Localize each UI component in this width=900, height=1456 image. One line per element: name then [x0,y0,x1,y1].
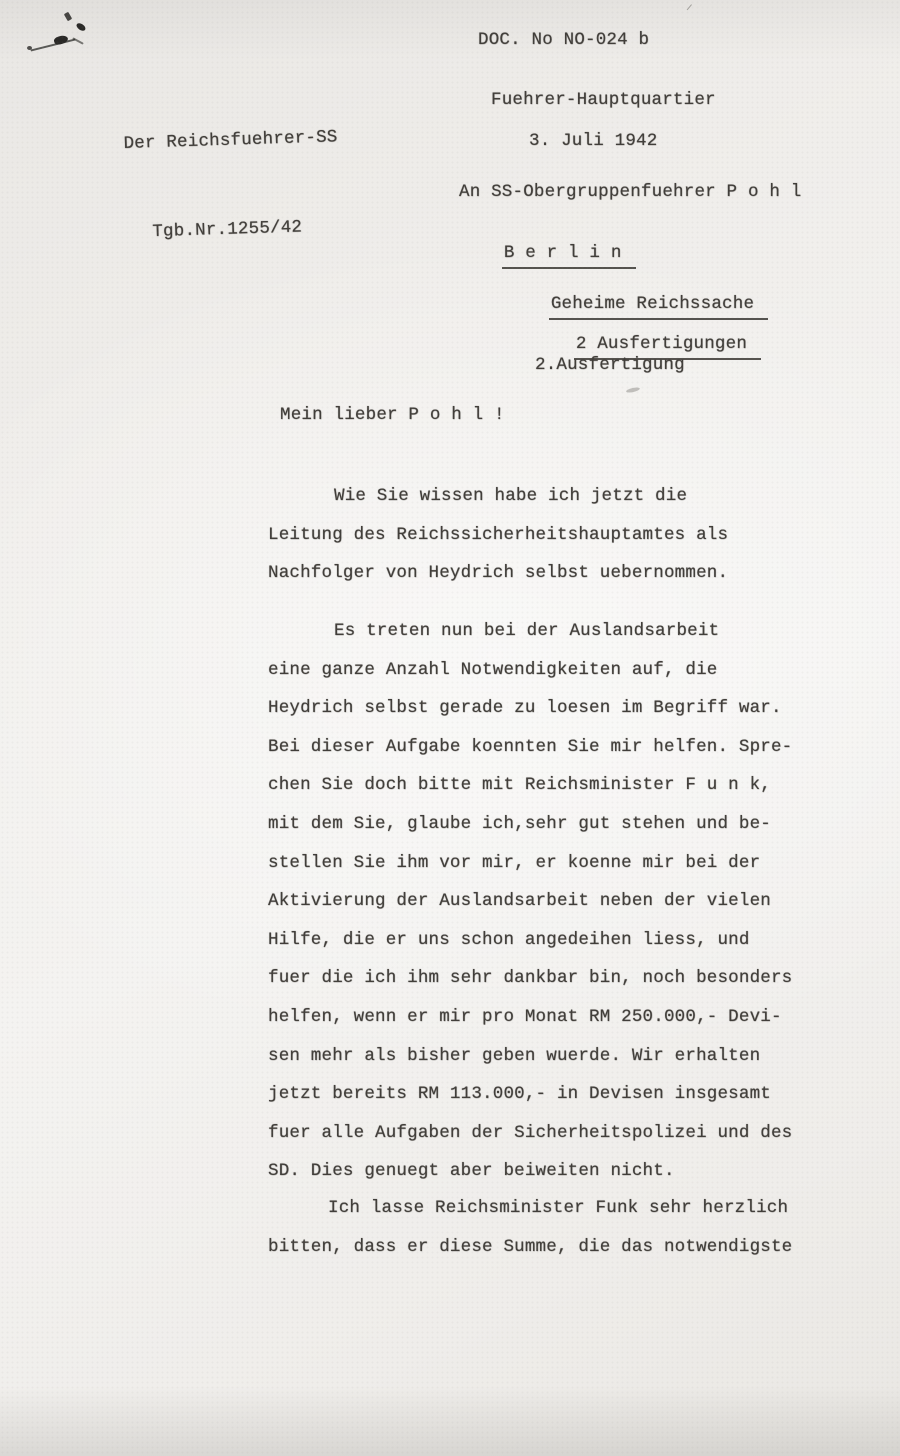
body-line: Bei dieser Aufgabe koennten Sie mir helf… [268,728,808,767]
sender-name: Der Reichsfuehrer-SS [123,127,338,154]
body-line: mit dem Sie, glaube ich,sehr gut stehen … [268,805,808,844]
staple-mark [75,22,87,33]
document-number: DOC. No NO-024 b [478,30,649,50]
body-line: Nachfolger von Heydrich selbst uebernomm… [268,554,808,593]
body-line: eine ganze Anzahl Notwendigkeiten auf, d… [268,651,808,690]
body-line: Wie Sie wissen habe ich jetzt die [268,477,808,516]
sender-block: Der Reichsfuehrer-SS Tgb.Nr.1255/42 [122,87,342,283]
staple-mark [27,46,32,50]
salutation: Mein lieber P o h l ! [280,405,505,425]
staple-mark [53,34,69,46]
body-line: Es treten nun bei der Auslandsarbeit [268,612,808,651]
staple-mark [64,12,72,21]
body-line: SD. Dies genuegt aber beiweiten nicht. [268,1152,808,1191]
body-line: Heydrich selbst gerade zu loesen im Begr… [268,689,808,728]
pencil-mark [687,4,698,15]
body-line: Ich lasse Reichsminister Funk sehr herzl… [268,1189,808,1228]
paragraph-3: Ich lasse Reichsminister Funk sehr herzl… [268,1189,808,1266]
recipient-city: B e r l i n [502,243,636,269]
body-line: chen Sie doch bitte mit Reichsminister F… [268,766,808,805]
body-line: Aktivierung der Auslandsarbeit neben der… [268,882,808,921]
classification-copy-number: 2.Ausfertigung [535,355,685,375]
date-line: 3. Juli 1942 [529,131,657,151]
recipient-line: An SS-Obergruppenfuehrer P o h l [459,182,801,202]
body-line: stellen Sie ihm vor mir, er koenne mir b… [268,844,808,883]
body-line: sen mehr als bisher geben wuerde. Wir er… [268,1037,808,1076]
body-line: bitten, dass er diese Summe, die das not… [268,1228,808,1267]
paragraph-1: Wie Sie wissen habe ich jetzt die Leitun… [268,477,808,593]
staple-mark [72,37,84,44]
paragraph-2: Es treten nun bei der Auslandsarbeit ein… [268,612,808,1191]
body-line: helfen, wenn er mir pro Monat RM 250.000… [268,998,808,1037]
body-line: Hilfe, die er uns schon angedeihen liess… [268,921,808,960]
place-line: Fuehrer-Hauptquartier [491,90,716,110]
sender-reference: Tgb.Nr.1255/42 [152,216,341,242]
body-line: Leitung des Reichssicherheitshauptamtes … [268,516,808,555]
letter-page: DOC. No NO-024 b Der Reichsfuehrer-SS Tg… [0,0,900,1456]
body-line: jetzt bereits RM 113.000,- in Devisen in… [268,1075,808,1114]
ink-smudge [626,387,641,394]
body-line: fuer alle Aufgaben der Sicherheitspolize… [268,1114,808,1153]
body-line: fuer die ich ihm sehr dankbar bin, noch … [268,959,808,998]
